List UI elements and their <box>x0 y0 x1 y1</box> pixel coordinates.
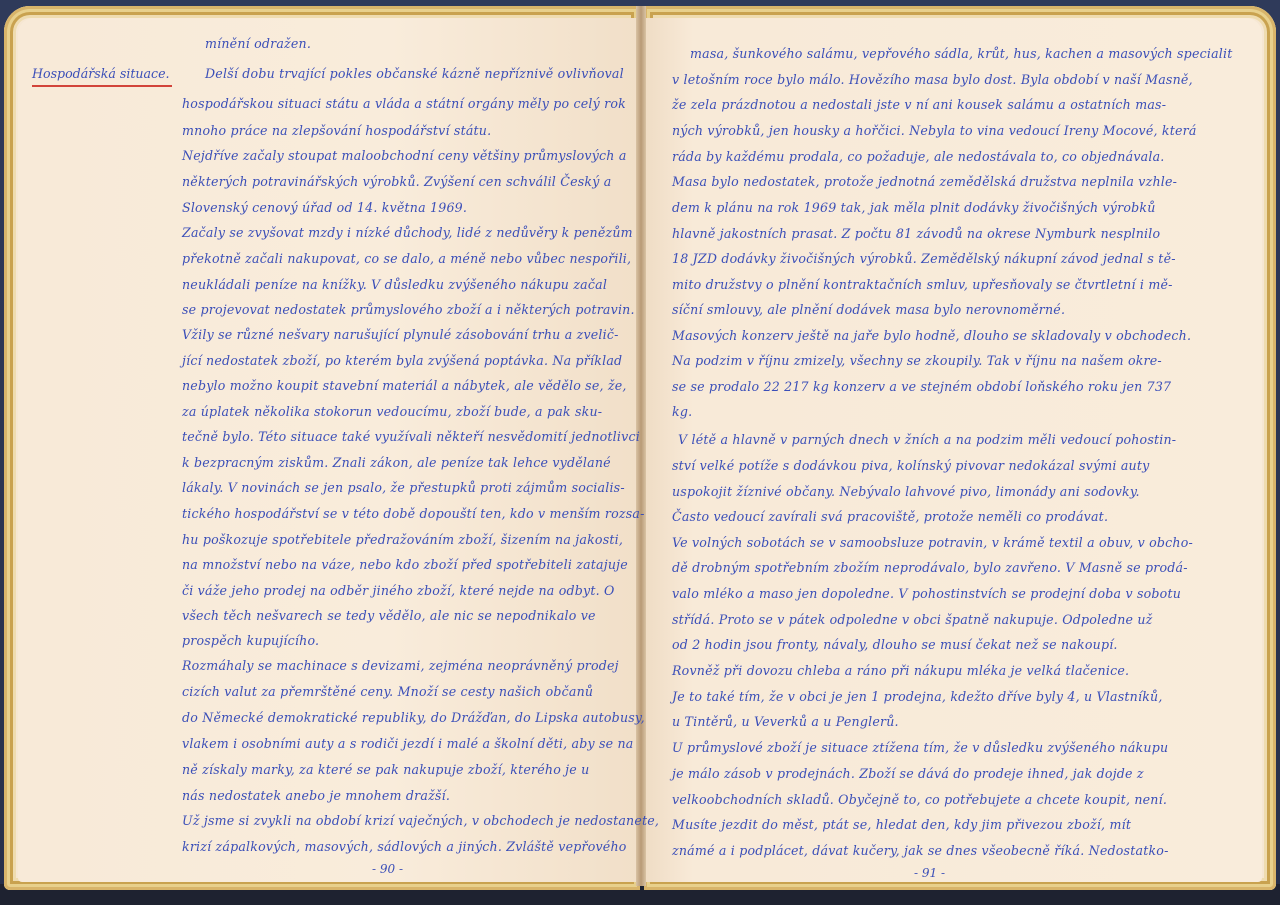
right-line: známé a i podplácet, dávat kučery, jak s… <box>672 843 1169 858</box>
left-line: tického hospodářství se v této době dopo… <box>182 506 645 521</box>
right-line: Masových konzerv ještě na jaře bylo hodn… <box>672 328 1191 343</box>
left-line: nás nedostatek anebo je mnohem dražší. <box>182 788 450 803</box>
left-line: mínění odražen. <box>205 36 311 51</box>
right-line: síční smlouvy, ale plnění dodávek masa b… <box>672 302 1065 317</box>
book-gutter <box>636 6 646 886</box>
left-line: vlakem i osobními auty a s rodiči jezdí … <box>182 736 634 751</box>
left-line: lákaly. V novinách se jen psalo, že přes… <box>182 480 625 495</box>
left-line: na množství nebo na váze, nebo kdo zboží… <box>182 557 628 572</box>
right-line: dě drobným spotřebním zbožím neprodávalo… <box>672 560 1188 575</box>
left-line: Začaly se zvyšovat mzdy i nízké důchody,… <box>182 225 633 240</box>
left-line: do Německé demokratické republiky, do Dr… <box>182 710 645 725</box>
left-line: Slovenský cenový úřad od 14. května 1969… <box>182 200 467 215</box>
left-line: Už jsme si zvykli na období krizí vaječn… <box>182 813 659 828</box>
right-line: ných výrobků, jen housky a hořčici. Neby… <box>672 123 1197 138</box>
right-line: U průmyslové zboží je situace ztížena tí… <box>672 740 1168 755</box>
left-line: jící nedostatek zboží, po kterém byla zv… <box>182 353 622 368</box>
right-page <box>644 6 1276 890</box>
page-number-left: - 90 - <box>372 862 403 876</box>
left-line: k bezpracným ziskům. Znali zákon, ale pe… <box>182 455 611 470</box>
right-line: je málo zásob v prodejnách. Zboží se dáv… <box>672 766 1144 781</box>
right-line: Masa bylo nedostatek, protože jednotná z… <box>672 174 1177 189</box>
margin-heading-underline <box>32 85 172 87</box>
right-line: u Tintěrů, u Veverků a u Penglerů. <box>672 714 899 729</box>
left-line: hu poškozuje spotřebitele předražováním … <box>182 532 623 547</box>
right-line: dem k plánu na rok 1969 tak, jak měla pl… <box>672 200 1156 215</box>
left-line: Nejdříve začaly stoupat maloobchodní cen… <box>182 148 627 163</box>
right-line: Ve volných sobotách se v samoobsluze pot… <box>672 535 1193 550</box>
left-line: Rozmáhaly se machinace s devizami, zejmé… <box>182 658 619 673</box>
right-line: Je to také tím, že v obci je jen 1 prode… <box>672 689 1163 704</box>
right-line: Na podzim v říjnu zmizely, všechny se zk… <box>672 353 1162 368</box>
right-line: valo mléko a maso jen dopoledne. V pohos… <box>672 586 1181 601</box>
left-line: Vžily se různé nešvary narušující plynul… <box>182 327 619 342</box>
right-line: ství velké potíže s dodávkou piva, kolín… <box>672 458 1149 473</box>
left-line: za úplatek několika stokorun vedoucímu, … <box>182 404 602 419</box>
left-line: krizí zápalkových, masových, sádlových a… <box>182 839 627 854</box>
margin-heading: Hospodářská situace. <box>32 66 170 81</box>
left-line: hospodářskou situaci státu a vláda a stá… <box>182 96 626 111</box>
left-line: prospěch kupujícího. <box>182 633 319 648</box>
left-line: Delší dobu trvající pokles občanské kázn… <box>205 66 624 81</box>
left-line: neukládali peníze na knížky. V důsledku … <box>182 277 607 292</box>
right-line: ráda by každému prodala, co požaduje, al… <box>672 149 1165 164</box>
right-line: Rovněž při dovozu chleba a ráno při náku… <box>672 663 1129 678</box>
left-line: některých potravinářských výrobků. Zvýše… <box>182 174 611 189</box>
right-line: střídá. Proto se v pátek odpoledne v obc… <box>672 612 1153 627</box>
right-line: V létě a hlavně v parných dnech v žních … <box>678 432 1176 447</box>
left-line: se projevovat nedostatek průmyslového zb… <box>182 302 635 317</box>
right-line: masa, šunkového salámu, vepřového sádla,… <box>690 46 1233 61</box>
right-line: v letošním roce bylo málo. Hovězího masa… <box>672 72 1193 87</box>
left-line: všech těch nešvarech se tedy vědělo, ale… <box>182 608 596 623</box>
right-line: se se prodalo 22 217 kg konzerv a ve ste… <box>672 379 1171 394</box>
right-line: velkoobchodních skladů. Obyčejně to, co … <box>672 792 1167 807</box>
right-line: Často vedoucí zavírali svá pracoviště, p… <box>672 509 1108 524</box>
right-line: mito družstvy o plnění kontraktačních sm… <box>672 277 1173 292</box>
right-line: od 2 hodin jsou fronty, návaly, dlouho s… <box>672 637 1118 652</box>
left-line: ně získaly marky, za které se pak nakupu… <box>182 762 589 777</box>
left-line: nebylo možno koupit stavební materiál a … <box>182 378 627 393</box>
left-page <box>4 6 640 890</box>
left-line: mnoho práce na zlepšování hospodářství s… <box>182 123 491 138</box>
left-line: cizích valut za přemrštěné ceny. Množí s… <box>182 684 593 699</box>
right-line: uspokojit žíznivé občany. Nebývalo lahvo… <box>672 484 1140 499</box>
left-line: tečně bylo. Této situace také využívali … <box>182 429 640 444</box>
right-line: 18 JZD dodávky živočišných výrobků. Země… <box>672 251 1176 266</box>
right-line: že zela prázdnotou a nedostali jste v ní… <box>672 97 1166 112</box>
left-line: překotně začali nakupovat, co se dalo, a… <box>182 251 631 266</box>
right-line: kg. <box>672 404 692 419</box>
right-line: hlavně jakostních prasat. Z počtu 81 záv… <box>672 226 1160 241</box>
right-line: Musíte jezdit do měst, ptát se, hledat d… <box>672 817 1131 832</box>
page-number-right: - 91 - <box>914 866 945 880</box>
left-line: či váže jeho prodej na odběr jiného zbož… <box>182 583 615 598</box>
